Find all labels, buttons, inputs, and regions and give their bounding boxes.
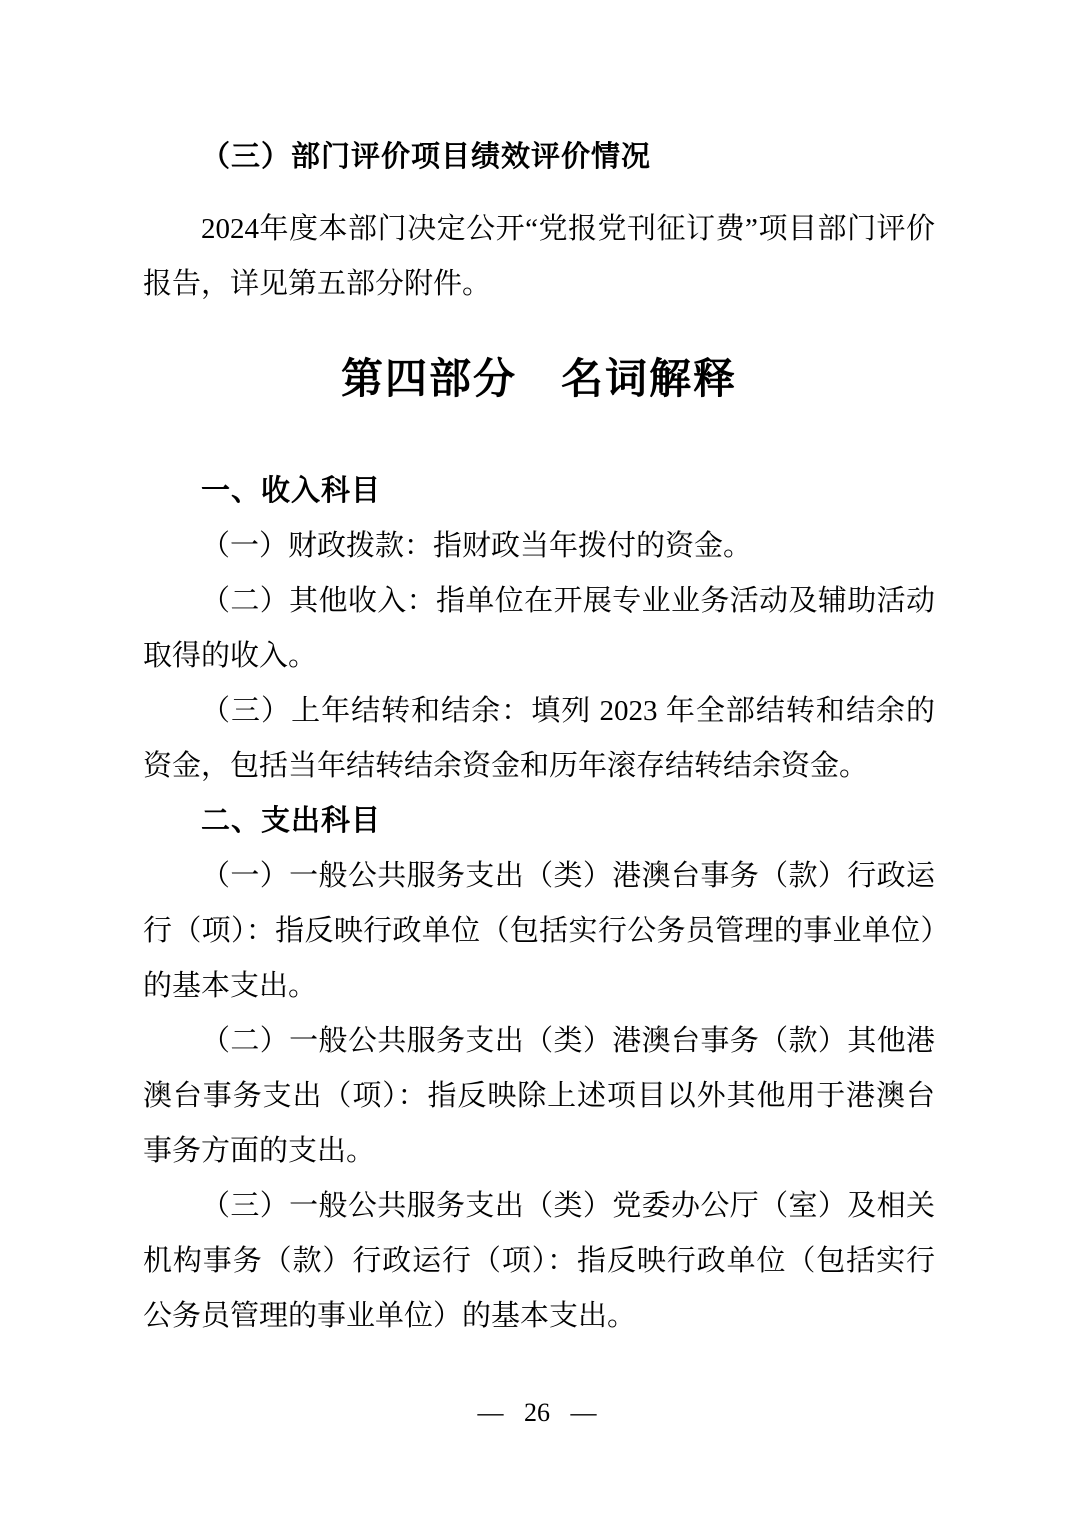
part4-title: 第四部分 名词解释 — [143, 349, 935, 411]
perf-eval-section-heading: （三）部门评价项目绩效评价情况 — [143, 130, 935, 185]
income-item-2: （二）其他收入：指单位在开展专业业务活动及辅助活动取得的收入。 — [143, 574, 935, 684]
expense-item-2: （二）一般公共服务支出（类）港澳台事务（款）其他港澳台事务支出（项）：指反映除上… — [143, 1014, 935, 1179]
expense-item-1: （一）一般公共服务支出（类）港澳台事务（款）行政运行（项）：指反映行政单位（包括… — [143, 849, 935, 1014]
document-page: （三）部门评价项目绩效评价情况 2024年度本部门决定公开“党报党刊征订费”项目… — [0, 0, 1074, 1520]
income-item-1: （一）财政拨款：指财政当年拨付的资金。 — [143, 519, 935, 574]
expense-item-3: （三）一般公共服务支出（类）党委办公厅（室）及相关机构事务（款）行政运行（项）：… — [143, 1179, 935, 1344]
income-section-heading: 一、收入科目 — [143, 464, 935, 519]
page-number-footer: — 26 — — [0, 1398, 1074, 1428]
income-item-3: （三）上年结转和结余：填列 2023 年全部结转和结余的资金，包括当年结转结余资… — [143, 684, 935, 794]
expense-section-heading: 二、支出科目 — [143, 794, 935, 849]
perf-eval-paragraph: 2024年度本部门决定公开“党报党刊征订费”项目部门评价报告，详见第五部分附件。 — [143, 202, 935, 312]
